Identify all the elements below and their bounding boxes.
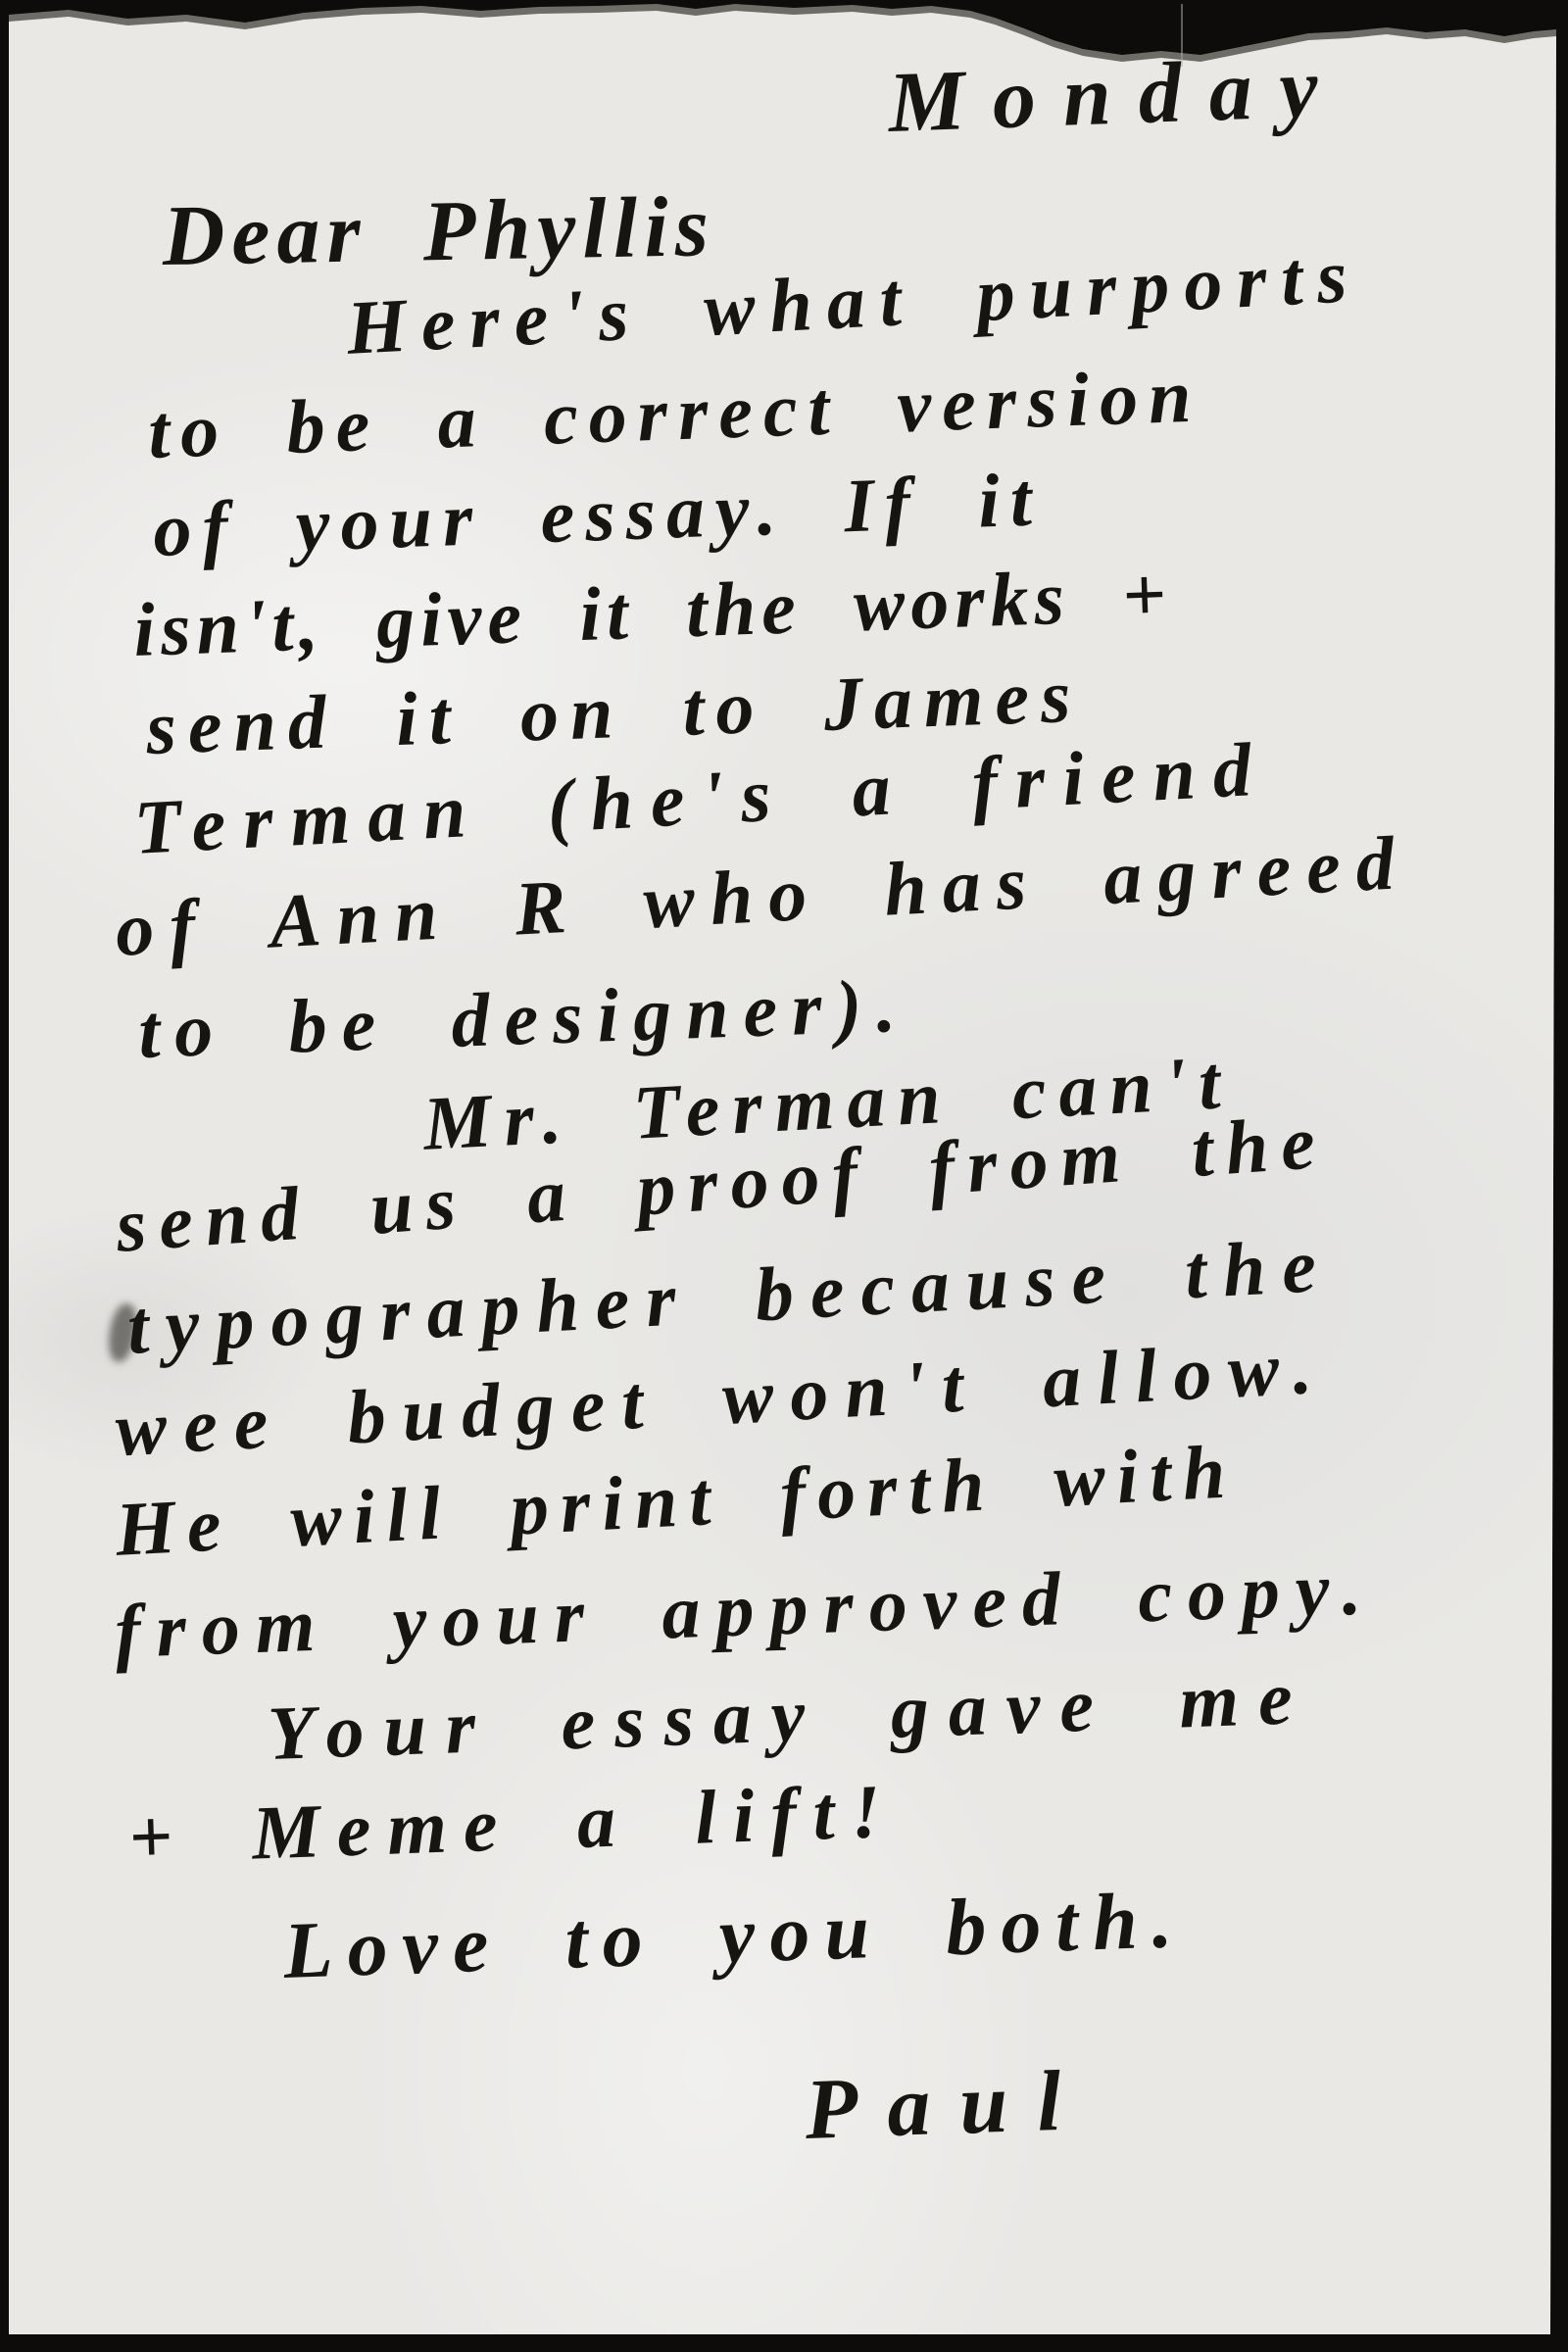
letter-line: of your essay. If it [152,461,1044,568]
salutation-line: Dear Phyllis [162,184,716,280]
closing-line: Love to you both. [282,1880,1188,1991]
letter-line: Your essay gave me [267,1659,1313,1772]
scanner-scratch [1181,4,1183,67]
letter-line: isn't, give it the works + [132,556,1173,668]
scanned-letter: Monday Dear Phyllis Here's what purports… [0,0,1568,2352]
letter-line: to be a correct version [147,357,1203,469]
letter-line: from your approved copy. [114,1549,1378,1670]
letter-line: + Meme a lift! [127,1773,899,1876]
letter-line: to be designer). [137,967,911,1070]
signature-line: Paul [804,2058,1092,2154]
letter-paper: Monday Dear Phyllis Here's what purports… [0,0,1568,2352]
